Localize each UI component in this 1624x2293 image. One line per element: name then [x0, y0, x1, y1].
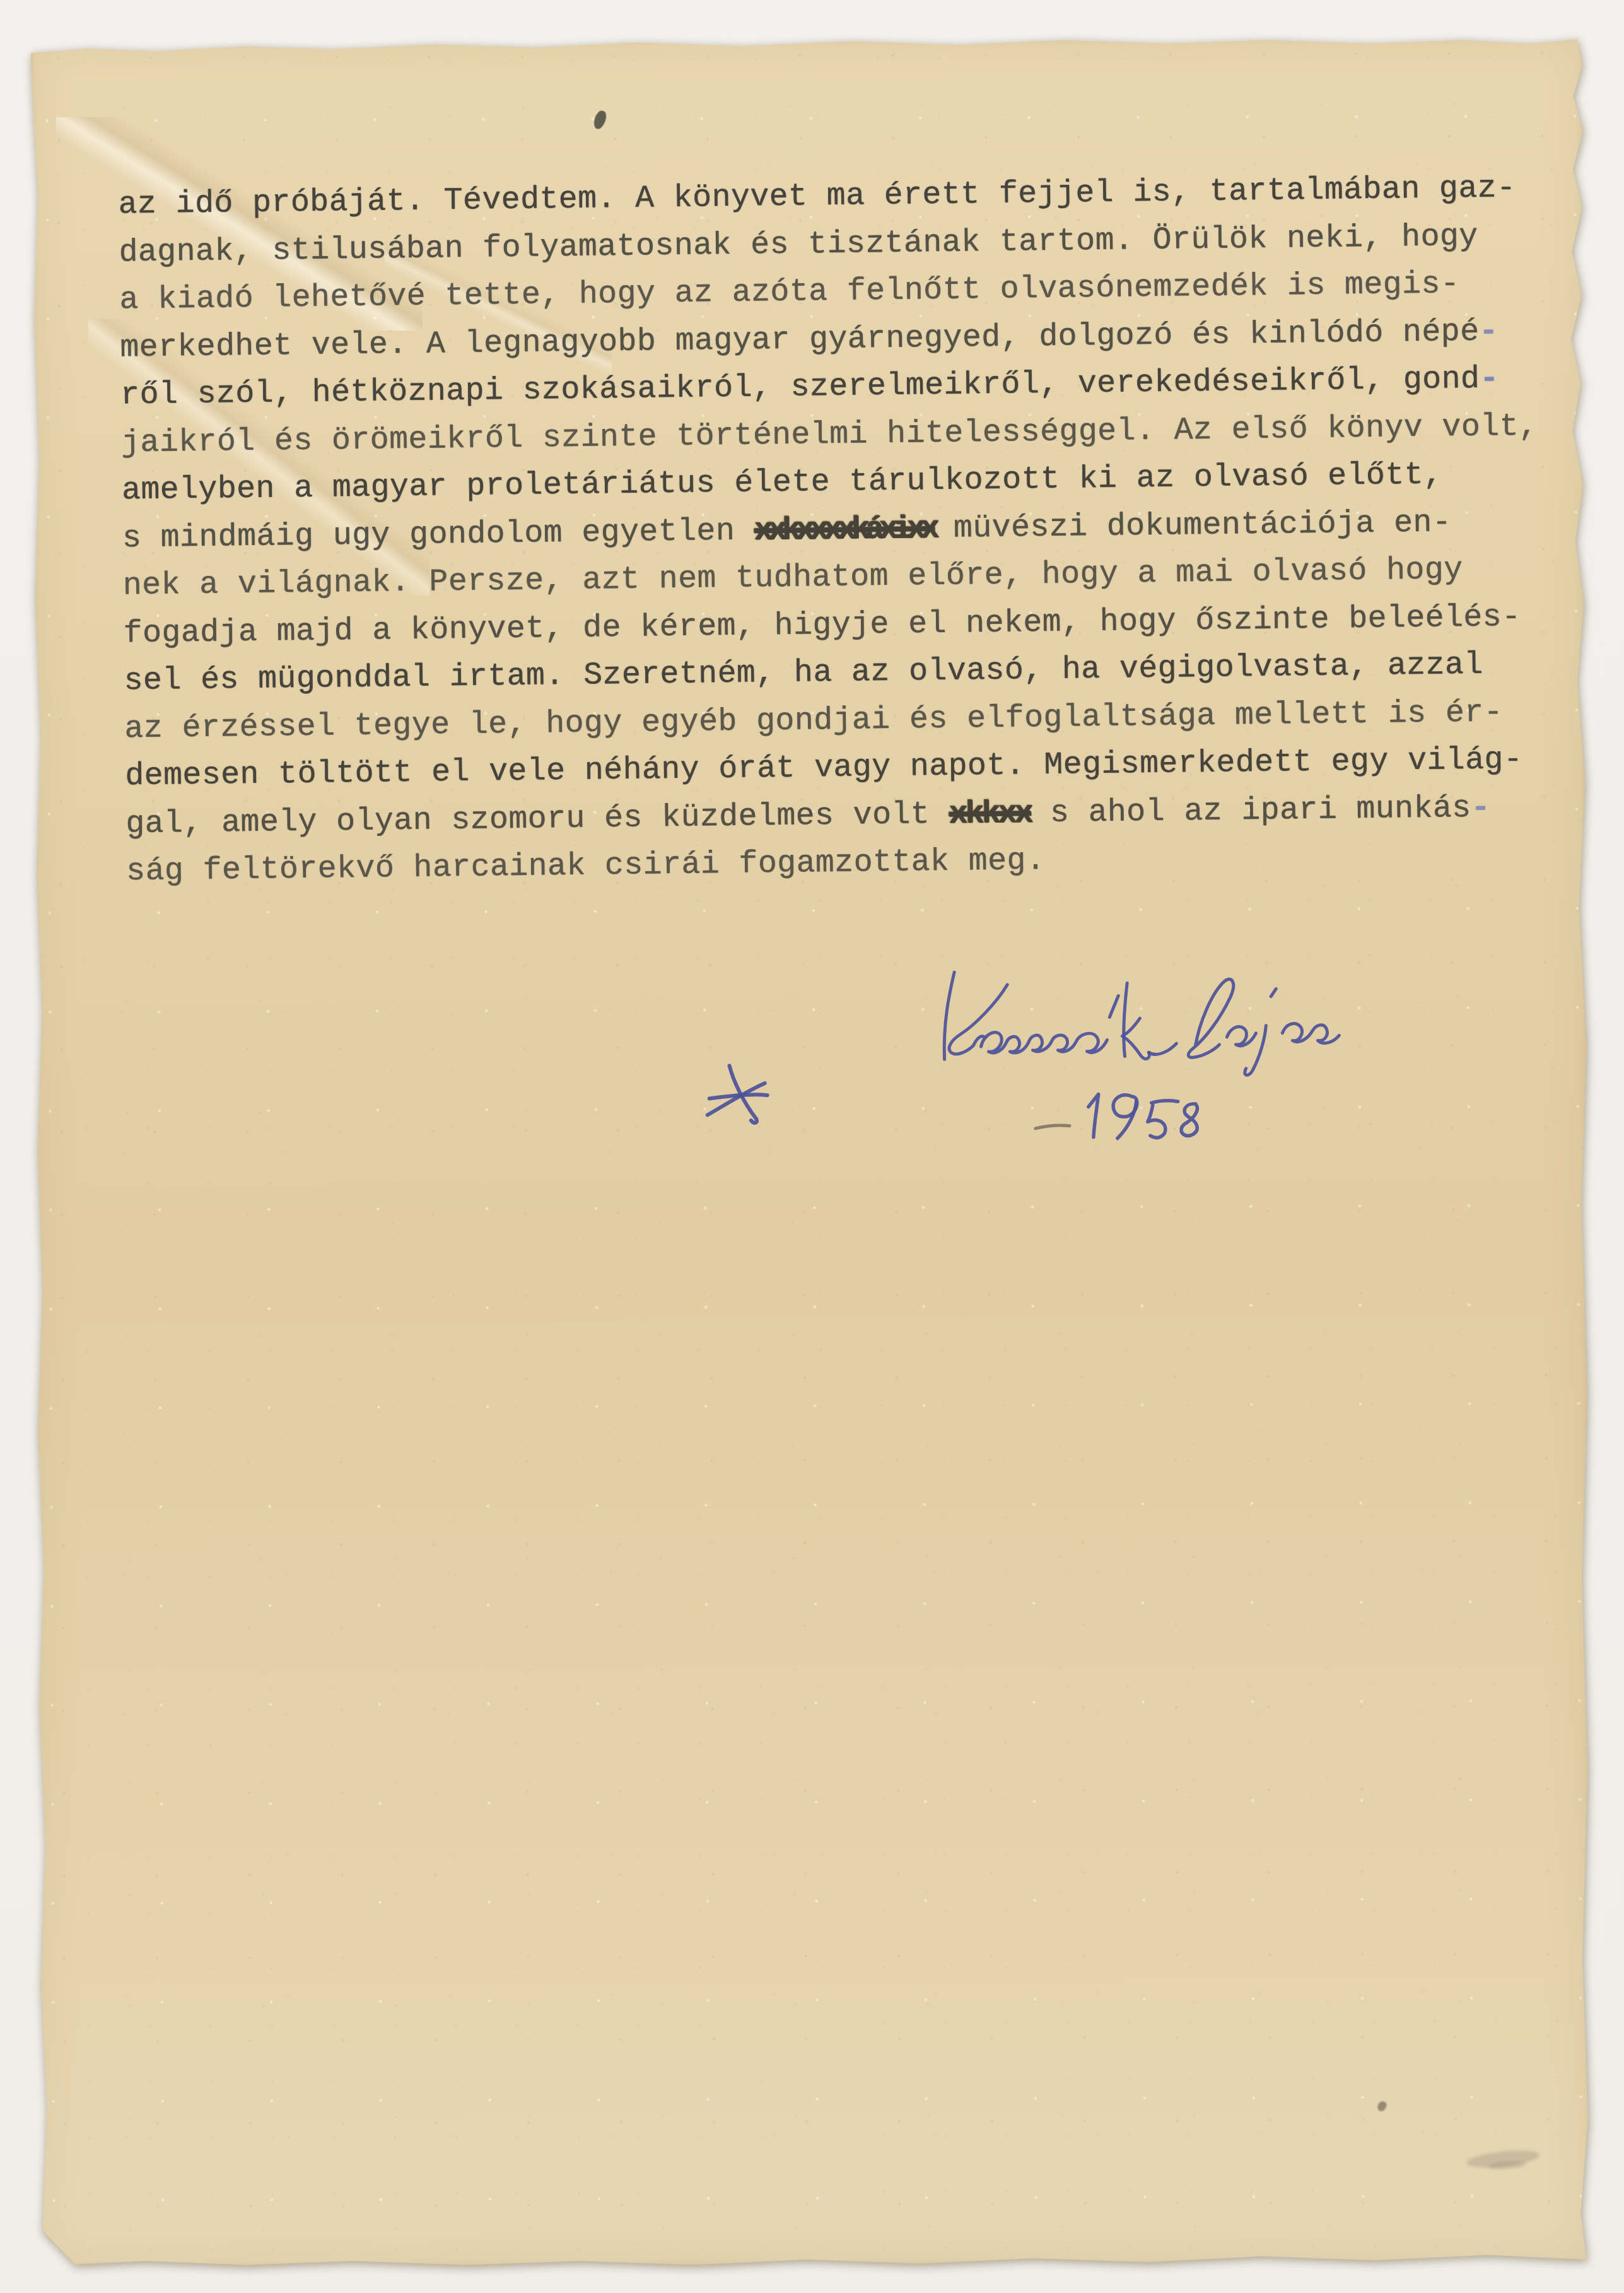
smudge-mark [1376, 2100, 1387, 2113]
asterisk-mark [697, 1058, 779, 1134]
typed-segment: s mindmáig ugy gondolom egyetlen [122, 513, 754, 556]
year-handwriting [996, 1048, 1211, 1150]
smudge-mark [1466, 2147, 1540, 2170]
smudge-mark [1488, 2160, 1526, 2170]
typed-segment-struck: xxkxxxxkáxixx [754, 511, 935, 549]
typed-segment: gal, amely olyan szomoru és küzdelmes vo… [126, 796, 949, 842]
typed-segment: merkedhet vele. A legnagyobb magyar gyár… [120, 314, 1480, 366]
typed-segment: müvészi dokumentációja en- [934, 505, 1451, 547]
scan-backdrop: az idő próbáját. Tévedtem. A könyvet ma … [0, 0, 1624, 2293]
typed-segment-blue: - [1479, 314, 1498, 349]
typed-segment: s ahol az ipari munkás [1031, 790, 1471, 831]
pencil-dash [1036, 1125, 1070, 1129]
typed-segment-blue: - [1480, 361, 1499, 397]
typed-text: az idő próbáját. Tévedtem. A könyvet ma … [118, 164, 1570, 896]
typed-segment-struck2: xkkxx [949, 795, 1031, 833]
typed-segment-blue: - [1471, 790, 1490, 826]
paper-sheet: az idő próbáját. Tévedtem. A könyvet ma … [30, 37, 1590, 2267]
typed-segment: ság feltörekvő harcainak csirái fogamzot… [126, 843, 1046, 889]
ink-blot [592, 109, 608, 131]
